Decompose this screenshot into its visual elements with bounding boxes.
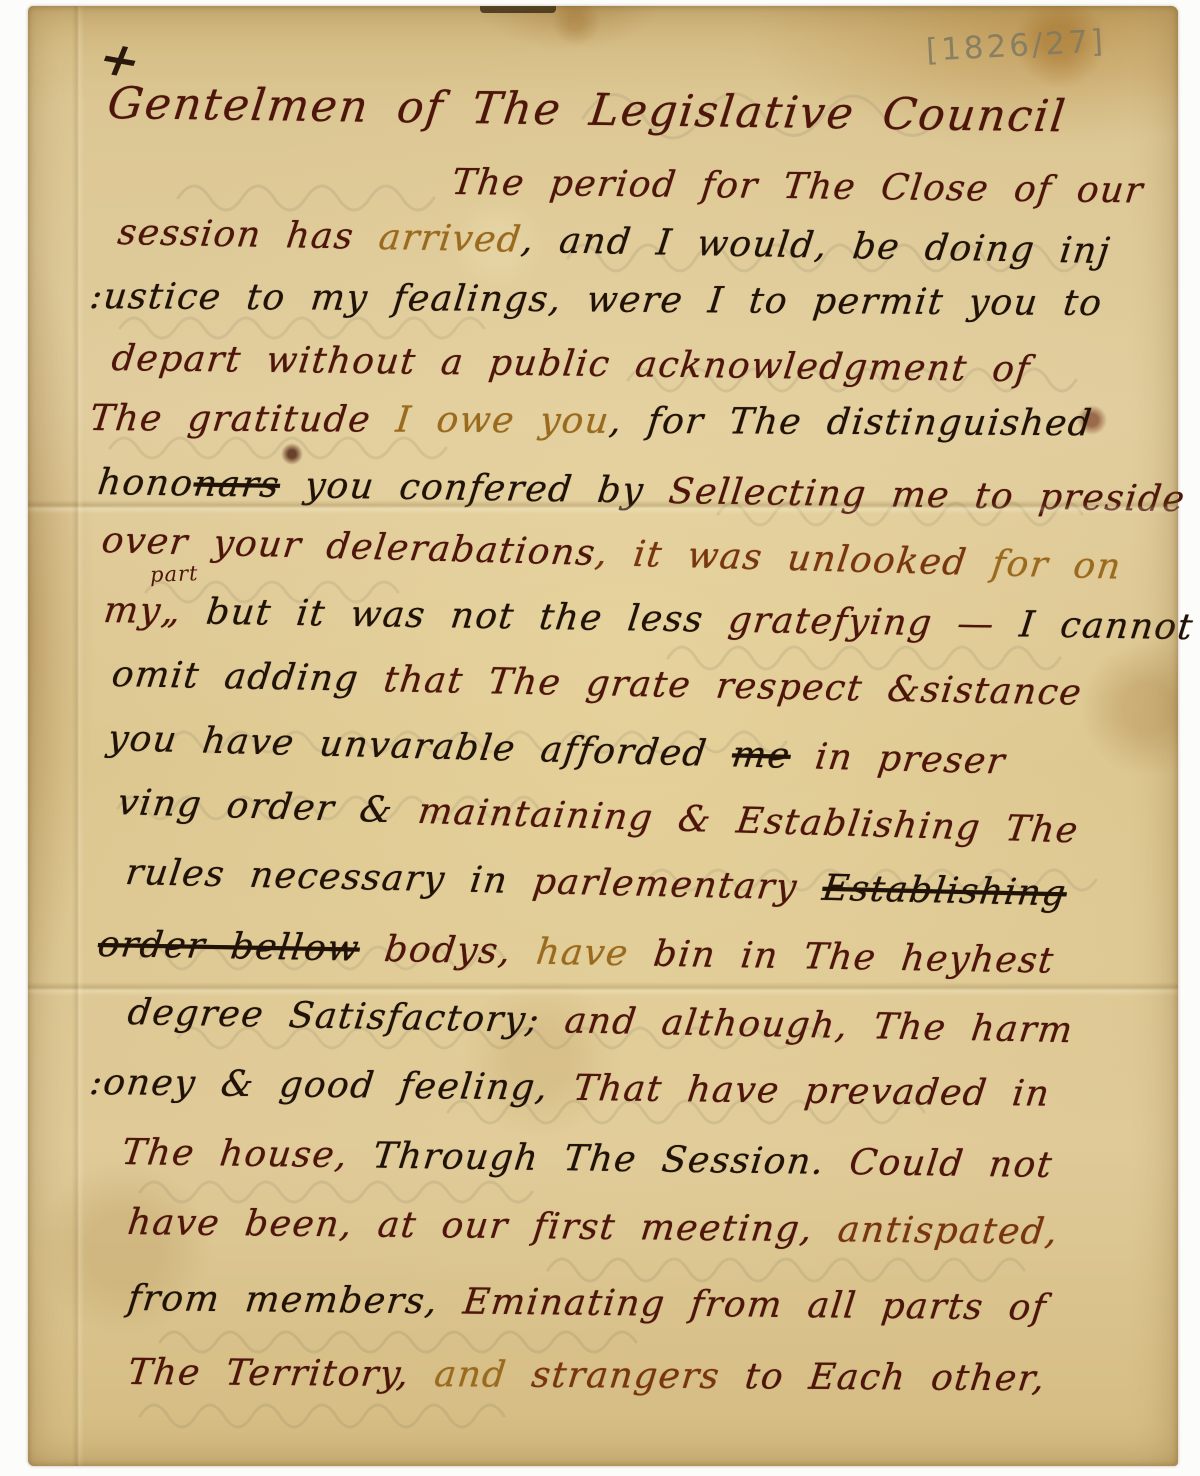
letter-text: I owe you [394,400,612,442]
letter-text: maintaining & Establishing The [416,791,1082,851]
letter-text: in preser [788,736,1008,783]
letter-text: That have prevaded in [571,1068,1052,1115]
letter-paper: Gentelmen of The Legislative CouncilThe … [28,6,1178,1466]
letter-text: , and I would, be doing inj [519,220,1113,272]
letter-text: and [432,1354,534,1396]
letter-line: :oney & good feeling, That have prevaded… [88,1062,1053,1115]
letter-line: rules necessary in parlementary Establis… [123,852,1069,914]
letter-lines: Gentelmen of The Legislative CouncilThe … [28,6,1178,1466]
struck-text: me [729,734,793,776]
letter-line: from members, Eminating from all parts o… [126,1278,1050,1329]
letter-text: bin in The heyhest [626,933,1056,981]
letter-text: Eminating from all parts of [461,1282,1049,1329]
letter-text: , for The distinguished [607,401,1094,445]
letter-text: my„ [102,590,210,633]
letter-text: rules necessary in [123,852,535,902]
letter-line: session has arrived, and I would, be doi… [115,212,1113,272]
letter-text: session has [115,212,381,258]
letter-text: :ustice to my fealings, were I to permit… [88,276,1105,324]
letter-line: over your delerabations, it was unlooked… [99,520,1124,588]
letter-line: The gratitude I owe you, for The disting… [88,398,1095,444]
letter-text: hono [96,462,197,504]
letter-text: ving order & [115,782,421,832]
letter-text: depart without a public acknowledgment o… [110,338,1033,390]
letter-text: :oney & good feeling, [88,1062,576,1109]
letter-line: have been, at our first meeting, antispa… [126,1202,1061,1253]
struck-text: order bellow [95,924,362,969]
letter-text: The Territory, [126,1352,437,1395]
letter-line: Gentelmen of The Legislative Council [105,78,1069,142]
letter-text: The gratitude [88,398,399,441]
letter-text: parlementary [530,861,825,908]
letter-text: you have unvarable afforded [105,718,735,775]
letter-text: , it was unlooked [593,533,995,584]
scanned-letter-page: Gentelmen of The Legislative CouncilThe … [0,0,1200,1476]
letter-text: omit adding [109,654,386,700]
letter-line: hononars you confered by Sellecting me t… [96,462,1188,520]
letter-line: order bellow bodys, have bin in The heyh… [95,924,1056,982]
struck-text: Establishing [820,868,1069,914]
letter-text: gratefying — [726,600,1022,646]
letter-line: The house, Through The Session. Could no… [120,1132,1056,1186]
letter-text: that The grate respect &sistance [381,659,1084,713]
letter-line: omit adding that The grate respect &sist… [109,654,1084,714]
letter-text: strangers [530,1355,723,1397]
letter-text: I cannot [1017,604,1196,648]
letter-line: you have unvarable afforded me in preser [105,718,1008,782]
letter-text: degree Satisfactory; [125,992,567,1041]
letter-line: The period for The Close of our [450,162,1147,211]
struck-text: nars [191,464,282,506]
letter-text: Gentelmen of The Legislative Council [105,78,1069,142]
letter-text: you confered by [278,465,672,512]
insertion-word: part [150,561,199,587]
letter-text: antispated, [836,1209,1061,1252]
letter-text: Could not [847,1142,1055,1186]
letter-text: Sellecting me to preside [667,471,1188,520]
letter-text: and although, The harm [562,1000,1076,1051]
letter-text: for on [989,543,1124,587]
letter-line: my„ but it was not the less gratefying —… [102,590,1197,648]
letter-text: have been, at our first meeting, [126,1202,841,1250]
letter-text: to Each other, [718,1356,1048,1399]
letter-text: Through The Session. [371,1136,852,1184]
letter-text: bodys, [357,929,539,973]
letter-text: arrived [377,217,525,261]
letter-line: The Territory, and strangers to Each oth… [126,1352,1048,1399]
letter-line: degree Satisfactory; and although, The h… [125,992,1076,1051]
letter-text: have [534,932,631,975]
letter-line: depart without a public acknowledgment o… [110,338,1033,390]
letter-text: The house, [120,1132,376,1176]
scan-artifact [480,6,556,13]
letter-text: from members, [126,1278,466,1322]
letter-text: but it was not the less [204,592,731,641]
letter-text: The period for The Close of our [450,162,1147,211]
letter-line: ving order & maintaining & Establishing … [115,782,1081,851]
letter-line: :ustice to my fealings, were I to permit… [88,276,1105,324]
